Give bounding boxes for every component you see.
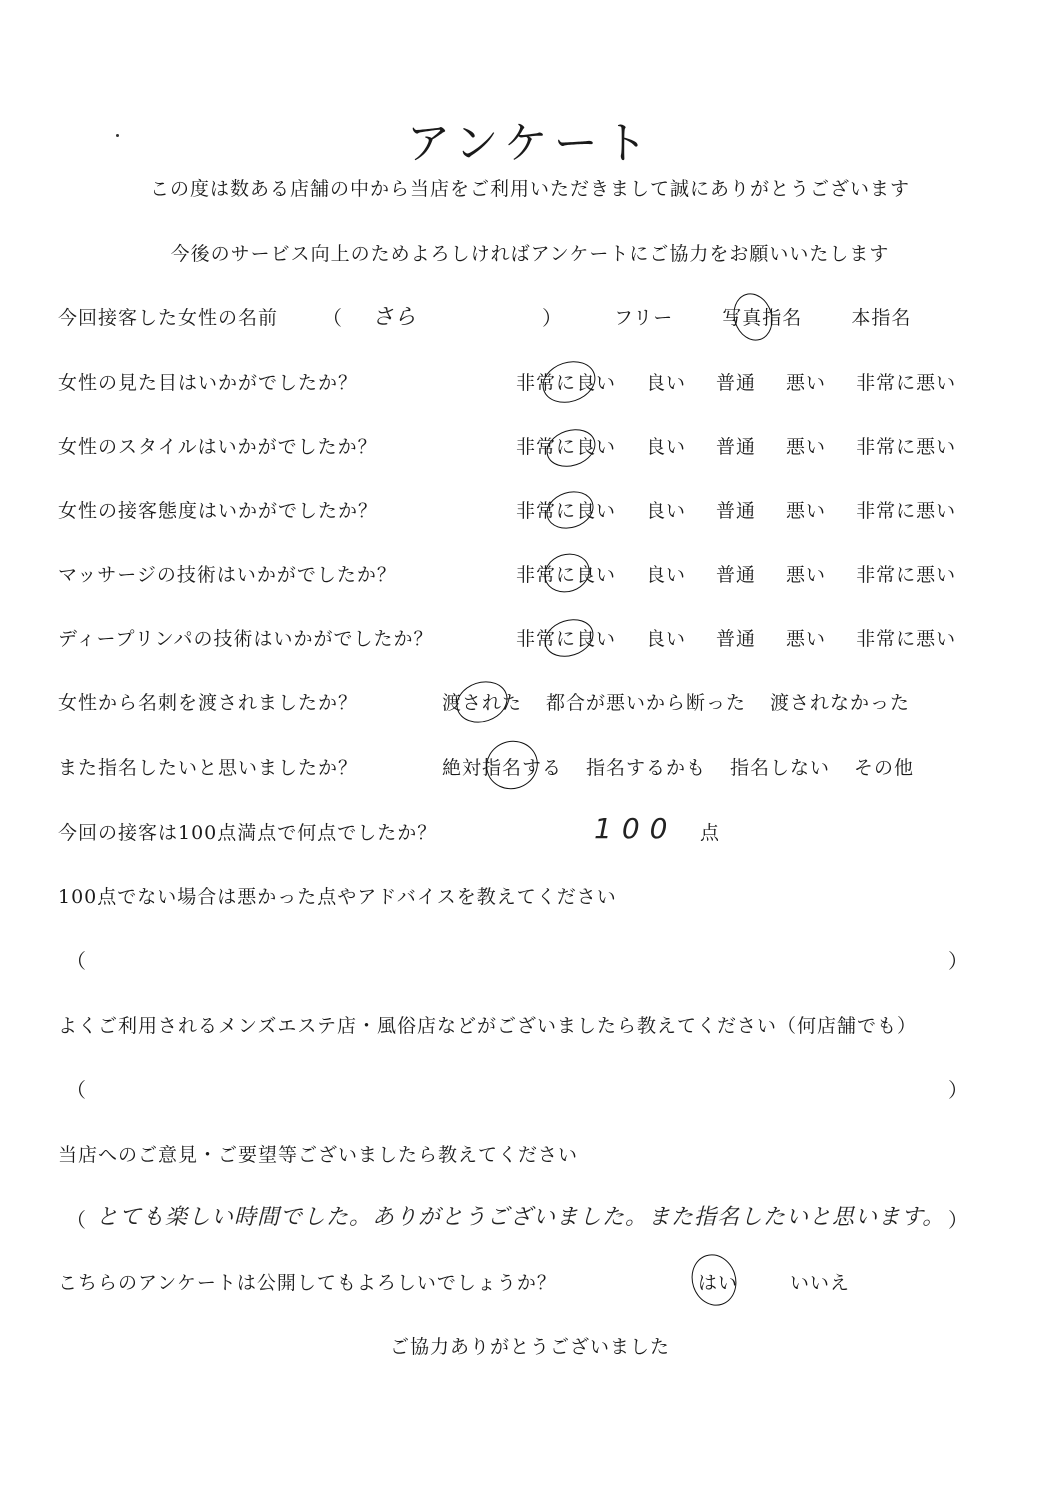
- option-very-bad[interactable]: 非常に悪い: [856, 560, 956, 587]
- option-average[interactable]: 普通: [716, 432, 756, 459]
- option-regular-nomination[interactable]: 本指名: [851, 303, 911, 330]
- option-very-good[interactable]: 非常に良い: [516, 368, 616, 395]
- rating-options-massage: 非常に良い良い普通悪い非常に悪い: [516, 560, 986, 587]
- option-good[interactable]: 良い: [646, 624, 686, 651]
- score-field[interactable]: 100: [594, 812, 677, 845]
- option-good[interactable]: 良い: [646, 560, 686, 587]
- option-label: 非常に良い: [516, 436, 616, 458]
- business-card-options: 渡された都合が悪いから断った渡されなかった: [442, 688, 934, 715]
- score-unit: 点: [700, 818, 720, 845]
- option-bad[interactable]: 悪い: [786, 368, 826, 395]
- rating-question-deep-lymph: ディープリンパの技術はいかがでしたか？: [58, 624, 433, 651]
- option-bad[interactable]: 悪い: [786, 560, 826, 587]
- option-good[interactable]: 良い: [646, 496, 686, 523]
- other-shops-question: よくご利用されるメンズエステ店・風俗店などがございましたら教えてください（何店舗…: [58, 1011, 917, 1038]
- option-no[interactable]: いいえ: [790, 1268, 850, 1295]
- option-not-received[interactable]: 渡されなかった: [770, 688, 910, 715]
- option-photo-nomination[interactable]: 写真指名: [722, 303, 802, 330]
- option-received[interactable]: 渡された: [442, 688, 522, 715]
- other-shops-open-paren: （: [66, 1074, 86, 1103]
- rating-options-deep-lymph: 非常に良い良い普通悪い非常に悪い: [516, 624, 986, 651]
- rating-options-style: 非常に良い良い普通悪い非常に悪い: [516, 432, 986, 459]
- intro-line-1: この度は数ある店舗の中から当店をご利用いただきまして誠にありがとうございます: [0, 174, 1060, 201]
- option-label: 非常に良い: [516, 628, 616, 650]
- option-average[interactable]: 普通: [716, 560, 756, 587]
- advice-close-paren: ）: [948, 945, 968, 974]
- name-question-label: 今回接客した女性の名前: [58, 303, 278, 330]
- option-label: はい: [698, 1272, 738, 1294]
- nomination-type-options: フリー 写真指名 本指名: [614, 303, 941, 330]
- option-label: 写真指名: [722, 307, 802, 329]
- publish-options: はいいいえ: [698, 1268, 880, 1295]
- feedback-field[interactable]: とても楽しい時間でした。ありがとうございました。また指名したいと思います。: [96, 1200, 945, 1231]
- option-very-good[interactable]: 非常に良い: [516, 432, 616, 459]
- closing-message: ご協力ありがとうございました: [0, 1332, 1060, 1359]
- option-average[interactable]: 普通: [716, 496, 756, 523]
- option-label: 絶対指名する: [442, 757, 562, 779]
- option-average[interactable]: 普通: [716, 624, 756, 651]
- intro-line-2: 今後のサービス向上のためよろしければアンケートにご協力をお願いいたします: [0, 239, 1060, 266]
- option-very-good[interactable]: 非常に良い: [516, 496, 616, 523]
- rating-question-style: 女性のスタイルはいかがでしたか？: [58, 432, 378, 459]
- rating-options-looks: 非常に良い良い普通悪い非常に悪い: [516, 368, 986, 395]
- page-title: アンケート: [0, 107, 1060, 171]
- other-shops-close-paren: ）: [948, 1074, 968, 1103]
- option-very-bad[interactable]: 非常に悪い: [856, 496, 956, 523]
- option-label: 非常に良い: [516, 372, 616, 394]
- option-no-rebook[interactable]: 指名しない: [730, 753, 830, 780]
- option-declined[interactable]: 都合が悪いから断った: [546, 688, 746, 715]
- option-maybe-rebook[interactable]: 指名するかも: [586, 753, 706, 780]
- feedback-open-paren: （: [66, 1204, 86, 1233]
- option-bad[interactable]: 悪い: [786, 496, 826, 523]
- business-card-question: 女性から名刺を渡されましたか？: [58, 688, 358, 715]
- option-yes[interactable]: はい: [698, 1268, 738, 1295]
- feedback-question: 当店へのご意見・ご要望等ございましたら教えてください: [58, 1140, 578, 1167]
- option-label: 非常に良い: [516, 500, 616, 522]
- option-other[interactable]: その他: [854, 753, 914, 780]
- name-open-paren: （: [322, 302, 342, 331]
- option-good[interactable]: 良い: [646, 432, 686, 459]
- option-very-bad[interactable]: 非常に悪い: [856, 432, 956, 459]
- option-good[interactable]: 良い: [646, 368, 686, 395]
- rebook-options: 絶対指名する指名するかも指名しないその他: [442, 753, 938, 780]
- rating-question-looks: 女性の見た目はいかがでしたか？: [58, 368, 358, 395]
- name-field[interactable]: さら: [372, 300, 416, 331]
- rating-options-attitude: 非常に良い良い普通悪い非常に悪い: [516, 496, 986, 523]
- publish-question: こちらのアンケートは公開してもよろしいでしょうか？: [58, 1268, 557, 1295]
- option-very-good[interactable]: 非常に良い: [516, 560, 616, 587]
- option-average[interactable]: 普通: [716, 368, 756, 395]
- option-bad[interactable]: 悪い: [786, 432, 826, 459]
- option-label: 非常に良い: [516, 564, 616, 586]
- rating-question-massage: マッサージの技術はいかがでしたか？: [58, 560, 397, 587]
- score-question: 今回の接客は100点満点で何点でしたか？: [58, 818, 437, 845]
- feedback-close-paren: ）: [948, 1204, 968, 1233]
- rating-question-attitude: 女性の接客態度はいかがでしたか？: [58, 496, 378, 523]
- advice-open-paren: （: [66, 945, 86, 974]
- advice-question: 100点でない場合は悪かった点やアドバイスを教えてください: [58, 882, 617, 909]
- option-bad[interactable]: 悪い: [786, 624, 826, 651]
- option-very-bad[interactable]: 非常に悪い: [856, 624, 956, 651]
- rebook-question: また指名したいと思いましたか？: [58, 753, 358, 780]
- option-very-bad[interactable]: 非常に悪い: [856, 368, 956, 395]
- name-close-paren: ）: [542, 302, 562, 331]
- option-very-good[interactable]: 非常に良い: [516, 624, 616, 651]
- option-label: 渡された: [442, 692, 522, 714]
- option-free[interactable]: フリー: [614, 303, 673, 330]
- option-definitely-rebook[interactable]: 絶対指名する: [442, 753, 562, 780]
